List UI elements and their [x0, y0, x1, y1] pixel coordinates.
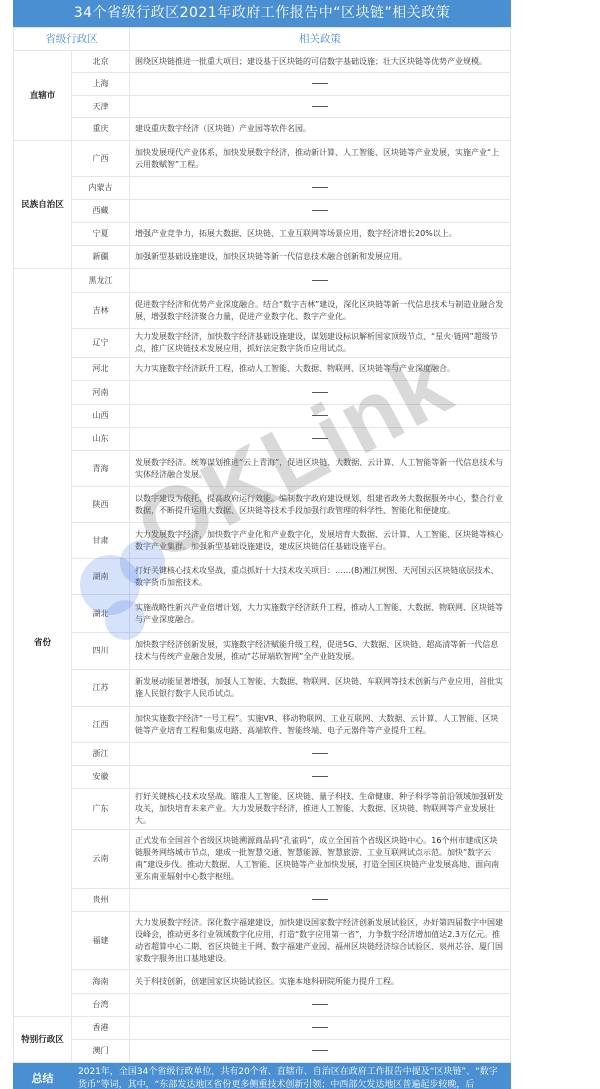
region-cell: 上海 — [72, 73, 130, 96]
region-cell: 内蒙古 — [72, 177, 130, 200]
policy-cell-empty — [130, 96, 511, 118]
policy-table: 省级行政区 相关政策 直辖市北京围绕区块链推进一批重大项目；建设基于区块链的可信… — [13, 27, 511, 1089]
table-row: 民族自治区广西加快发展现代产业体系，加快发展数字经济，推动新计算、人工智能、区块… — [14, 141, 511, 177]
dash-mark — [312, 280, 328, 281]
region-cell: 河北 — [72, 358, 130, 381]
table-row: 辽宁大力发展数字经济，加快数字经济基础设施建设，谋划建设标识解析国家顶级节点、“… — [14, 329, 511, 358]
region-cell: 青海 — [72, 451, 130, 487]
dash-mark — [312, 899, 328, 900]
region-cell: 贵州 — [72, 889, 130, 912]
policy-cell: 加快实施数字经济“一号工程”。实施VR、移动物联网、工业互联网、大数据、云计算、… — [130, 707, 511, 743]
table-row: 海南关于科技创新，创建国家区块链试验区。实施本地科研院所能力提升工程。 — [14, 970, 511, 994]
table-row: 河南 — [14, 381, 511, 405]
region-cell: 江西 — [72, 707, 130, 743]
table-row: 内蒙古 — [14, 177, 511, 200]
region-cell: 西藏 — [72, 200, 130, 223]
policy-cell-empty — [130, 73, 511, 96]
table-row: 河北大力实施数字经济跃升工程，推动人工智能、大数据、物联网、区块链等与产业深度融… — [14, 358, 511, 381]
table-row: 湖北实施战略性新兴产业倍增计划，大力实施数字经济跃升工程，推动人工智能、大数据、… — [14, 595, 511, 633]
dash-mark — [312, 776, 328, 777]
summary-row: 总结2021年，全国34个省级行政单位，共有20个省、直辖市、自治区在政府工作报… — [14, 1063, 511, 1089]
table-row: 宁夏增强产业竞争力，拓展大数据、区块链、工业互联网等场景应用，数字经济增长20%… — [14, 223, 511, 246]
category-cell: 直辖市 — [14, 51, 72, 141]
table-row: 福建大力发展数字经济。深化数字福建建设，加快建设国家数字经济创新发展试验区，办好… — [14, 912, 511, 970]
table-row: 陕西以数字建设为依托，提高政府运行效能。编制数字政府建设规划，组建省政务大数据服… — [14, 487, 511, 523]
region-cell: 台湾 — [72, 994, 130, 1017]
policy-cell: 大力发展数字经济。深化数字福建建设，加快建设国家数字经济创新发展试验区，办好第四… — [130, 912, 511, 970]
region-cell: 宁夏 — [72, 223, 130, 246]
policy-cell: 促进数字经济和优势产业深度融合。结合“数字吉林”建设，深化区块链等新一代信息技术… — [130, 293, 511, 329]
table-row: 台湾 — [14, 994, 511, 1017]
region-cell: 甘肃 — [72, 523, 130, 559]
dash-mark — [312, 1050, 328, 1051]
table-row: 特别行政区香港 — [14, 1017, 511, 1040]
table-row: 青海发展数字经济。统筹谋划推进“云上青海”，促进区块链、大数据、云计算、人工智能… — [14, 451, 511, 487]
dash-mark — [312, 438, 328, 439]
table-row: 贵州 — [14, 889, 511, 912]
policy-cell: 大力发展数字经济，加快数字产业化和产业数字化，发展培育大数据、云计算、人工智能、… — [130, 523, 511, 559]
table-row: 新疆加强新型基础设施建设，加快区块链等新一代信息技术融合创新和发展应用。 — [14, 246, 511, 269]
table-header-row: 省级行政区 相关政策 — [14, 28, 511, 51]
table-row: 安徽 — [14, 766, 511, 789]
table-row: 吉林促进数字经济和优势产业深度融合。结合“数字吉林”建设，深化区块链等新一代信息… — [14, 293, 511, 329]
region-cell: 广西 — [72, 141, 130, 177]
policy-cell: 增强产业竞争力，拓展大数据、区块链、工业互联网等场景应用，数字经济增长20%以上… — [130, 223, 511, 246]
dash-mark — [312, 106, 328, 107]
policy-cell-empty — [130, 200, 511, 223]
region-cell: 山西 — [72, 405, 130, 428]
policy-cell-empty — [130, 428, 511, 451]
policy-cell: 围绕区块链推进一批重大项目；建设基于区块链的可信数字基础设施；壮大区块链等优势产… — [130, 51, 511, 73]
policy-cell: 建设重庆数字经济（区块链）产业园等软件名园。 — [130, 118, 511, 141]
table-row: 浙江 — [14, 743, 511, 766]
category-cell: 省份 — [14, 269, 72, 1017]
dash-mark — [312, 83, 328, 84]
region-cell: 陕西 — [72, 487, 130, 523]
table-row: 山西 — [14, 405, 511, 428]
region-cell: 澳门 — [72, 1040, 130, 1063]
region-cell: 四川 — [72, 633, 130, 670]
policy-cell-empty — [130, 177, 511, 200]
region-cell: 广东 — [72, 789, 130, 830]
policy-cell-empty — [130, 766, 511, 789]
policy-cell: 加快发展现代产业体系，加快发展数字经济，推动新计算、人工智能、区块链等产业发展，… — [130, 141, 511, 177]
dash-mark — [312, 753, 328, 754]
region-cell: 吉林 — [72, 293, 130, 329]
table-row: 西藏 — [14, 200, 511, 223]
region-cell: 云南 — [72, 830, 130, 889]
table-title: 34个省级行政区2021年政府工作报告中“区块链”相关政策 — [13, 0, 511, 27]
dash-mark — [312, 415, 328, 416]
summary-label: 总结 — [14, 1063, 72, 1089]
policy-cell-empty — [130, 1017, 511, 1040]
region-cell: 湖北 — [72, 595, 130, 633]
dash-mark — [312, 1027, 328, 1028]
policy-cell-empty — [130, 1040, 511, 1063]
policy-cell-empty — [130, 381, 511, 405]
category-cell: 特别行政区 — [14, 1017, 72, 1063]
summary-text: 2021年，全国34个省级行政单位，共有20个省、直辖市、自治区在政府工作报告中… — [72, 1063, 511, 1089]
policy-cell: 加快数字经济创新发展，实施数字经济赋能升级工程，促进5G、大数据、区块链、超高清… — [130, 633, 511, 670]
table-row: 重庆建设重庆数字经济（区块链）产业园等软件名园。 — [14, 118, 511, 141]
region-cell: 天津 — [72, 96, 130, 118]
policy-cell-empty — [130, 889, 511, 912]
policy-cell-empty — [130, 994, 511, 1017]
category-cell: 民族自治区 — [14, 141, 72, 269]
region-cell: 福建 — [72, 912, 130, 970]
region-cell: 安徽 — [72, 766, 130, 789]
region-cell: 重庆 — [72, 118, 130, 141]
region-cell: 浙江 — [72, 743, 130, 766]
dash-mark — [312, 187, 328, 188]
region-cell: 辽宁 — [72, 329, 130, 358]
header-policy: 相关政策 — [130, 28, 511, 51]
table-row: 山东 — [14, 428, 511, 451]
table-row: 云南正式发布全国首个省级区块链溯源商品码“孔雀码”，成立全国首个省级区块链中心。… — [14, 830, 511, 889]
region-cell: 山东 — [72, 428, 130, 451]
table-row: 四川加快数字经济创新发展，实施数字经济赋能升级工程，促进5G、大数据、区块链、超… — [14, 633, 511, 670]
region-cell: 新疆 — [72, 246, 130, 269]
table-row: 省份黑龙江 — [14, 269, 511, 293]
policy-cell: 实施战略性新兴产业倍增计划，大力实施数字经济跃升工程，推动人工智能、大数据、物联… — [130, 595, 511, 633]
policy-cell: 打好关键核心技术攻坚战，重点抓好十大技术攻关项目：……(8)湘江树图、天河国云区… — [130, 559, 511, 595]
table-row: 湖南打好关键核心技术攻坚战，重点抓好十大技术攻关项目：……(8)湘江树图、天河国… — [14, 559, 511, 595]
region-cell: 河南 — [72, 381, 130, 405]
policy-cell: 发展数字经济。统筹谋划推进“云上青海”，促进区块链、大数据、云计算、人工智能等新… — [130, 451, 511, 487]
dash-mark — [312, 210, 328, 211]
region-cell: 香港 — [72, 1017, 130, 1040]
table-row: 江西加快实施数字经济“一号工程”。实施VR、移动物联网、工业互联网、大数据、云计… — [14, 707, 511, 743]
dash-mark — [312, 392, 328, 393]
policy-cell: 大力实施数字经济跃升工程，推动人工智能、大数据、物联网、区块链等与产业深度融合。 — [130, 358, 511, 381]
region-cell: 黑龙江 — [72, 269, 130, 293]
header-region: 省级行政区 — [14, 28, 130, 51]
policy-cell: 打好关键核心技术攻坚战。瞄准人工智能、区块链、量子科技、生命健康、种子科学等前沿… — [130, 789, 511, 830]
policy-table-container: 34个省级行政区2021年政府工作报告中“区块链”相关政策 省级行政区 相关政策… — [13, 0, 511, 1089]
policy-cell: 大力发展数字经济，加快数字经济基础设施建设，谋划建设标识解析国家顶级节点、“星火… — [130, 329, 511, 358]
policy-cell: 正式发布全国首个省级区块链溯源商品码“孔雀码”，成立全国首个省级区块链中心。16… — [130, 830, 511, 889]
policy-cell-empty — [130, 743, 511, 766]
dash-mark — [312, 1004, 328, 1005]
policy-cell: 关于科技创新，创建国家区块链试验区。实施本地科研院所能力提升工程。 — [130, 970, 511, 994]
policy-cell: 加强新型基础设施建设，加快区块链等新一代信息技术融合创新和发展应用。 — [130, 246, 511, 269]
region-cell: 江苏 — [72, 670, 130, 707]
policy-cell-empty — [130, 269, 511, 293]
table-row: 天津 — [14, 96, 511, 118]
policy-cell-empty — [130, 405, 511, 428]
region-cell: 湖南 — [72, 559, 130, 595]
table-row: 直辖市北京围绕区块链推进一批重大项目；建设基于区块链的可信数字基础设施；壮大区块… — [14, 51, 511, 73]
table-row: 甘肃大力发展数字经济，加快数字产业化和产业数字化，发展培育大数据、云计算、人工智… — [14, 523, 511, 559]
table-row: 广东打好关键核心技术攻坚战。瞄准人工智能、区块链、量子科技、生命健康、种子科学等… — [14, 789, 511, 830]
region-cell: 海南 — [72, 970, 130, 994]
policy-cell: 以数字建设为依托，提高政府运行效能。编制数字政府建设规划，组建省政务大数据服务中… — [130, 487, 511, 523]
policy-cell: 新发展动能显著增强，加强人工智能、大数据、物联网、区块链、车联网等技术创新与产业… — [130, 670, 511, 707]
table-row: 澳门 — [14, 1040, 511, 1063]
table-row: 江苏新发展动能显著增强，加强人工智能、大数据、物联网、区块链、车联网等技术创新与… — [14, 670, 511, 707]
table-row: 上海 — [14, 73, 511, 96]
region-cell: 北京 — [72, 51, 130, 73]
